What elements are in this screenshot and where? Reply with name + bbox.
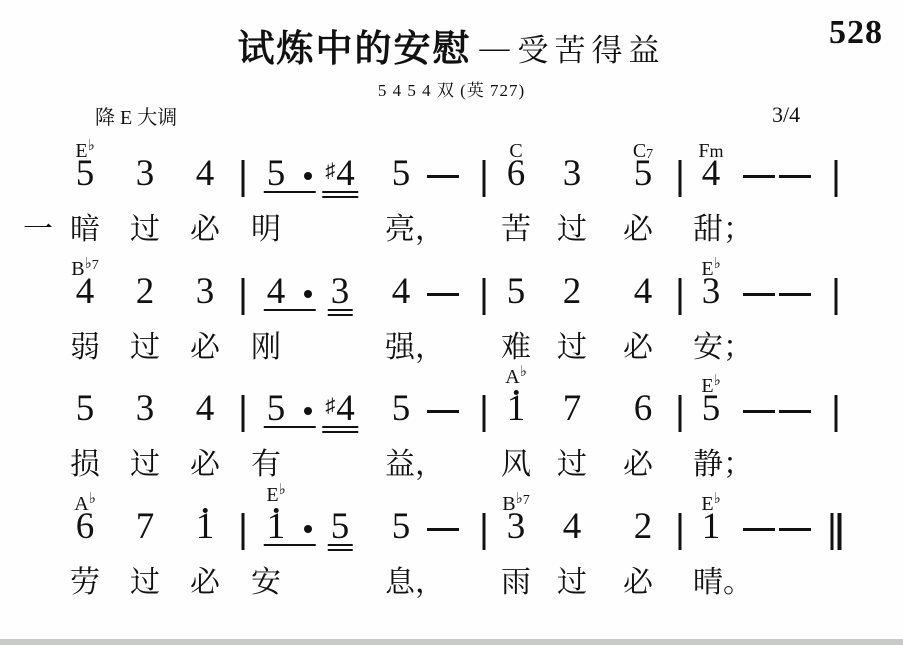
octave-dot-icon (274, 508, 279, 513)
title-row: 试炼中的安慰—受苦得益 (0, 18, 903, 72)
lyric-syllable: 必 (190, 215, 220, 245)
continuation-dash (779, 410, 811, 413)
note-7: 7 (563, 390, 582, 427)
note-5: 5C7 (634, 155, 653, 192)
note-digit: 3 (563, 155, 582, 192)
note-3: 3 (196, 273, 215, 310)
final-barline (831, 513, 842, 550)
flat-icon: ♭ (714, 491, 721, 507)
note-3: 3B♭7 (507, 508, 526, 545)
note-digit: 4 (634, 273, 653, 310)
barline (483, 513, 486, 550)
note-digit: 1 (507, 390, 526, 427)
note-digit: 3 (136, 155, 155, 192)
chord-root: E (701, 493, 713, 515)
lyric-syllable: 过 (130, 333, 160, 363)
continuation-dash (427, 528, 459, 531)
lyric-syllable: 刚 (251, 333, 281, 363)
lyric-syllable: 过 (130, 568, 160, 598)
note-digit: 6 (634, 390, 653, 427)
lyric-syllable: 难 (501, 333, 531, 363)
note-digit: 1 (196, 508, 215, 545)
barline (483, 160, 486, 197)
note-digit: 5 (331, 508, 350, 545)
lyric-syllable: 弱 (70, 333, 100, 363)
lyric-syllable: 静； (693, 450, 753, 480)
flat-icon: ♭ (714, 373, 721, 389)
chord-root: E (701, 375, 713, 397)
note-digit: 5 (507, 273, 526, 310)
chord-root: C (633, 140, 646, 162)
note-4: 4 (196, 390, 215, 427)
note-5: 5 (267, 155, 286, 192)
barline (242, 513, 245, 550)
flat-icon: ♭ (279, 482, 286, 498)
chord-root: F (698, 140, 709, 162)
lyric-syllable: 苦 (501, 215, 531, 245)
flat-icon: ♭ (520, 364, 527, 380)
music-system-1: 5E♭345♯456C35C74Fm一暗过必明亮，苦过必甜； (0, 155, 903, 267)
lyric-syllable: 过 (557, 333, 587, 363)
lyric-syllable: 过 (557, 215, 587, 245)
note-3: 3 (563, 155, 582, 192)
title-separator: — (480, 31, 510, 64)
music-system-3: 5345♯451A♭765E♭损过必有益，风过必静； (0, 390, 903, 502)
barline (679, 513, 682, 550)
note-3: 3 (136, 155, 155, 192)
chord-root: B (71, 258, 84, 280)
lyric-syllable: 过 (557, 568, 587, 598)
barline (679, 278, 682, 315)
chord-label: E♭ (266, 485, 285, 505)
note-digit: 7 (136, 508, 155, 545)
chord-label: E♭ (701, 376, 720, 396)
barline (835, 278, 838, 315)
note-5: 5 (507, 273, 526, 310)
note-digit: 7 (563, 390, 582, 427)
barline (679, 395, 682, 432)
lyric-syllable: 风 (501, 450, 531, 480)
note-6: 6A♭ (76, 508, 95, 545)
lyric-syllable: 有 (251, 450, 281, 480)
continuation-dash (427, 175, 459, 178)
note-digit: 1 (267, 508, 286, 545)
note-3: 3 (331, 273, 350, 310)
note-4: ♯4 (325, 155, 355, 192)
chord-root: E (701, 258, 713, 280)
note-4: 4 (563, 508, 582, 545)
duration-dot-icon (304, 290, 312, 298)
chord-root: A (74, 493, 88, 515)
note-digit: 4 (563, 508, 582, 545)
note-5: 5 (331, 508, 350, 545)
flat-icon: ♭ (89, 491, 96, 507)
note-5: 5 (267, 390, 286, 427)
lyric-syllable: 安 (251, 568, 281, 598)
note-5: 5 (76, 390, 95, 427)
chord-root: B (502, 493, 515, 515)
lyric-syllable: 必 (623, 215, 653, 245)
sharp-icon: ♯ (325, 395, 335, 417)
note-digit: 4 (392, 273, 411, 310)
lyric-syllable: 必 (190, 450, 220, 480)
chord-root: A (505, 366, 519, 388)
barline (835, 395, 838, 432)
note-5: 5 (392, 508, 411, 545)
note-digit: 4 (336, 390, 355, 427)
flat-icon: ♭ (714, 256, 721, 272)
note-2: 2 (563, 273, 582, 310)
duration-dot-icon (304, 525, 312, 533)
note-4: 4 (392, 273, 411, 310)
duration-dot-icon (304, 172, 312, 180)
chord-label: E♭ (701, 259, 720, 279)
lyric-syllable: 甜； (693, 215, 753, 245)
note-digit: 5 (392, 155, 411, 192)
note-digit: 5 (76, 390, 95, 427)
lyric-syllable: 暗 (70, 215, 100, 245)
page-bottom-edge (0, 639, 903, 645)
note-1: 1 (196, 508, 215, 545)
hymn-title: 试炼中的安慰 (238, 29, 472, 70)
note-digit: 5 (392, 508, 411, 545)
barline (483, 395, 486, 432)
chord-root: C (509, 140, 522, 162)
note-5: 5E♭ (702, 390, 721, 427)
meter-info: 5 4 5 4 双 (英 727) (0, 76, 903, 101)
flat-icon: ♭ (88, 138, 95, 154)
chord-label: B♭7 (502, 494, 529, 514)
continuation-dash (743, 528, 775, 531)
continuation-dash (779, 528, 811, 531)
note-4: 4 (634, 273, 653, 310)
lyric-syllable: 雨 (501, 568, 531, 598)
time-signature: 3/4 (772, 102, 800, 128)
note-3: 3E♭ (702, 273, 721, 310)
chord-root: E (75, 140, 87, 162)
note-digit: 5 (392, 390, 411, 427)
note-digit: 4 (196, 390, 215, 427)
chord-label: C7 (633, 141, 653, 161)
note-digit: 4 (336, 155, 355, 192)
note-7: 7 (136, 508, 155, 545)
continuation-dash (743, 293, 775, 296)
barline (242, 160, 245, 197)
lyric-syllable: 过 (130, 215, 160, 245)
chord-label: A♭ (74, 494, 96, 514)
note-5: 5E♭ (76, 155, 95, 192)
chord-minor: m (710, 141, 724, 161)
continuation-dash (779, 175, 811, 178)
note-1: 1E♭ (267, 508, 286, 545)
chord-label: E♭ (701, 494, 720, 514)
note-6: 6 (634, 390, 653, 427)
key-signature: 降 E 大调 (95, 101, 177, 130)
note-digit: 4 (267, 273, 286, 310)
lyric-syllable: 必 (623, 450, 653, 480)
chord-seventh: 7 (523, 493, 530, 508)
continuation-dash (743, 175, 775, 178)
lyric-syllable: 亮， (385, 215, 445, 245)
note-4: 4Fm (702, 155, 721, 192)
chord-label: A♭ (505, 367, 527, 387)
lyric-syllable: 损 (70, 450, 100, 480)
lyric-syllable: 劳 (70, 568, 100, 598)
lyric-syllable: 过 (130, 450, 160, 480)
note-digit: 2 (563, 273, 582, 310)
barline (835, 160, 838, 197)
music-system-4: 6A♭711E♭553B♭7421E♭劳过必安息，雨过必晴。 (0, 508, 903, 620)
note-2: 2 (634, 508, 653, 545)
chord-label: C (509, 141, 522, 161)
chord-root: E (266, 484, 278, 506)
note-2: 2 (136, 273, 155, 310)
lyric-syllable: 益， (385, 450, 445, 480)
lyric-syllable: 晴。 (693, 568, 753, 598)
lyric-syllable: 必 (190, 333, 220, 363)
octave-dot-icon (203, 508, 208, 513)
verse-number: 一 (23, 215, 53, 245)
note-digit: 3 (136, 390, 155, 427)
continuation-dash (779, 293, 811, 296)
note-1: 1A♭ (507, 390, 526, 427)
note-digit: 2 (136, 273, 155, 310)
note-3: 3 (136, 390, 155, 427)
continuation-dash (427, 293, 459, 296)
lyric-syllable: 必 (623, 568, 653, 598)
octave-dot-icon (514, 390, 519, 395)
lyric-syllable: 过 (557, 450, 587, 480)
note-1: 1E♭ (702, 508, 721, 545)
lyric-syllable: 强， (385, 333, 445, 363)
continuation-dash (427, 410, 459, 413)
note-5: 5 (392, 390, 411, 427)
note-digit: 2 (634, 508, 653, 545)
chord-seventh: 7 (92, 258, 99, 273)
barline (679, 160, 682, 197)
music-system-2: 4B♭7234345243E♭弱过必刚强，难过必安； (0, 273, 903, 385)
hymn-sheet-page: 528 试炼中的安慰—受苦得益 5 4 5 4 双 (英 727) 降 E 大调… (0, 0, 903, 645)
chord-seventh: 7 (646, 147, 653, 162)
lyric-syllable: 必 (190, 568, 220, 598)
note-digit: 3 (331, 273, 350, 310)
note-digit: 5 (267, 390, 286, 427)
duration-dot-icon (304, 407, 312, 415)
note-4: 4B♭7 (76, 273, 95, 310)
barline (483, 278, 486, 315)
lyric-syllable: 息， (385, 568, 445, 598)
lyric-syllable: 明 (251, 215, 281, 245)
continuation-dash (743, 410, 775, 413)
note-4: ♯4 (325, 390, 355, 427)
note-4: 4 (196, 155, 215, 192)
hymn-subtitle: 受苦得益 (518, 33, 666, 68)
note-5: 5 (392, 155, 411, 192)
lyric-syllable: 安； (693, 333, 753, 363)
sharp-icon: ♯ (325, 160, 335, 182)
note-4: 4 (267, 273, 286, 310)
note-digit: 3 (196, 273, 215, 310)
note-digit: 4 (196, 155, 215, 192)
barline (242, 395, 245, 432)
barline (242, 278, 245, 315)
note-digit: 5 (267, 155, 286, 192)
chord-label: Fm (698, 141, 723, 161)
note-6: 6C (507, 155, 526, 192)
chord-label: B♭7 (71, 259, 98, 279)
lyric-syllable: 必 (623, 333, 653, 363)
chord-label: E♭ (75, 141, 94, 161)
